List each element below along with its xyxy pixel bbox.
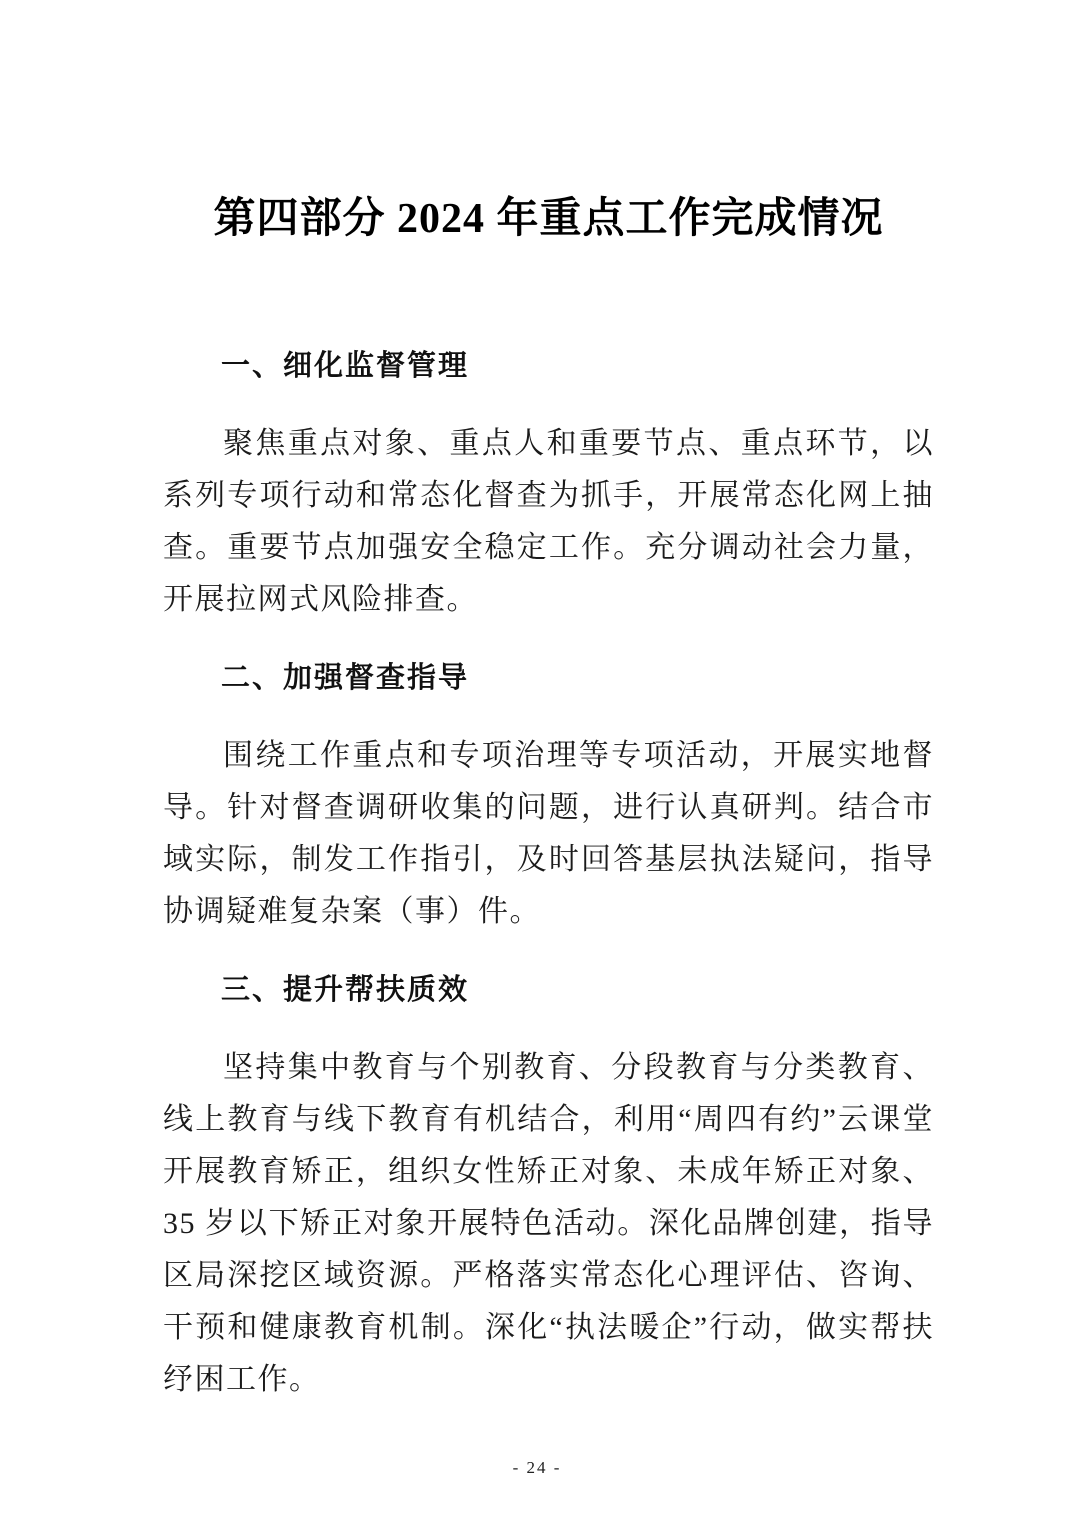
section-3-heading: 三、提升帮扶质效 (163, 964, 934, 1016)
section-1-paragraph: 聚焦重点对象、重点人和重要节点、重点环节，以系列专项行动和常态化督查为抓手，开展… (163, 418, 934, 626)
section-1: 一、细化监督管理 聚焦重点对象、重点人和重要节点、重点环节，以系列专项行动和常态… (163, 340, 934, 626)
section-3: 三、提升帮扶质效 坚持集中教育与个别教育、分段教育与分类教育、线上教育与线下教育… (163, 964, 934, 1406)
document-page: 第四部分 2024 年重点工作完成情况 一、细化监督管理 聚焦重点对象、重点人和… (0, 0, 1074, 1520)
section-1-heading: 一、细化监督管理 (163, 340, 934, 392)
section-2: 二、加强督查指导 围绕工作重点和专项治理等专项活动，开展实地督导。针对督查调研收… (163, 652, 934, 938)
section-2-heading: 二、加强督查指导 (163, 652, 934, 704)
section-3-paragraph: 坚持集中教育与个别教育、分段教育与分类教育、线上教育与线下教育有机结合，利用“周… (163, 1042, 934, 1406)
document-content: 第四部分 2024 年重点工作完成情况 一、细化监督管理 聚焦重点对象、重点人和… (0, 188, 1074, 1406)
document-title: 第四部分 2024 年重点工作完成情况 (163, 188, 934, 250)
section-2-paragraph: 围绕工作重点和专项治理等专项活动，开展实地督导。针对督查调研收集的问题，进行认真… (163, 730, 934, 938)
page-number: - 24 - (0, 1458, 1074, 1478)
